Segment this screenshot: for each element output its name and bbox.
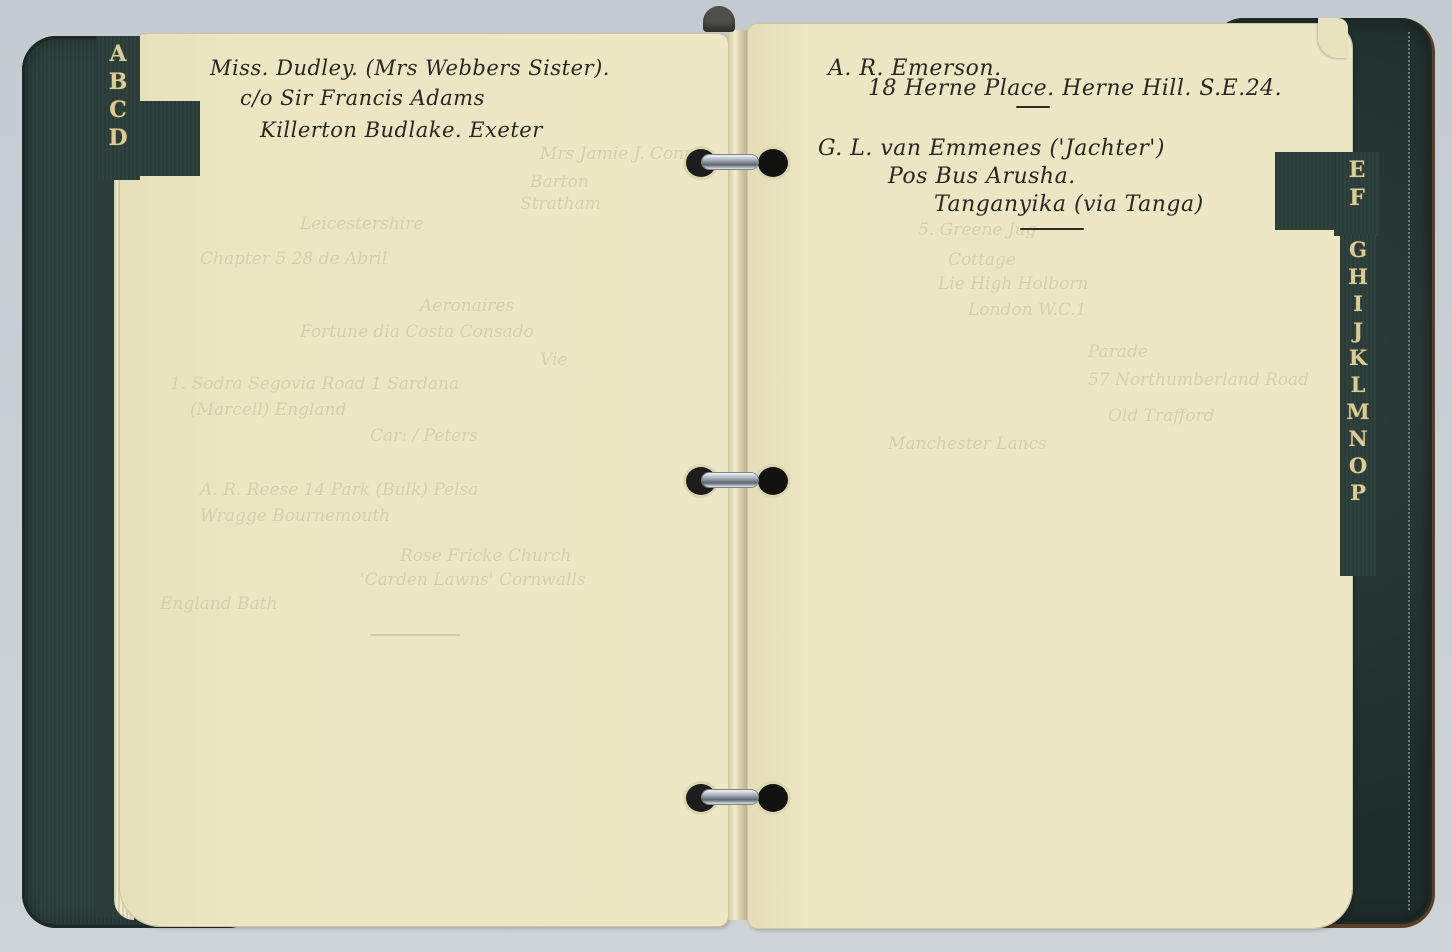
binder-release-knob[interactable]: [703, 6, 735, 32]
bleed-text: 57 Northumberland Road: [1088, 370, 1309, 390]
binder-ring-top: [684, 145, 796, 181]
bleed-text: Rose Fricke Church: [400, 546, 571, 566]
tab-group-g-to-p[interactable]: G H I J K L M N O P: [1340, 234, 1376, 576]
entry-address-line: Killerton Budlake. Exeter: [260, 118, 543, 142]
tab-d-flap[interactable]: [134, 101, 200, 176]
tab-letter[interactable]: I: [1353, 290, 1363, 317]
bleed-text: Wragge Bournemouth: [200, 506, 390, 526]
tab-letter[interactable]: L: [1351, 371, 1366, 398]
bleed-text: Old Trafford: [1108, 406, 1215, 426]
tab-letter[interactable]: K: [1349, 344, 1367, 371]
bleed-text: Cottage: [948, 250, 1016, 270]
separator-rule: [1020, 228, 1084, 230]
bleed-text: England Bath: [160, 594, 277, 614]
left-page: Mrs Jamie J. Connon . . . Barton Stratha…: [120, 34, 728, 926]
tab-letter[interactable]: M: [1346, 398, 1369, 425]
entry-address-line: 18 Herne Place. Herne Hill. S.E.24.: [868, 76, 1282, 101]
entry-address-line: Tanganyika (via Tanga): [934, 192, 1204, 217]
entry-name: G. L. van Emmenes ('Jachter'): [818, 136, 1165, 161]
tab-letter[interactable]: D: [108, 124, 127, 152]
entry-address-line: c/o Sir Francis Adams: [240, 86, 485, 110]
bleed-text: Chapter 5 28 de Abril: [200, 249, 387, 269]
bleed-text: 'Carden Lawns' Cornwalls: [360, 570, 586, 590]
tab-letter[interactable]: A: [109, 40, 126, 68]
bleed-text: Leicestershire: [300, 214, 423, 234]
tab-letter[interactable]: G: [1349, 236, 1367, 263]
tab-letter[interactable]: O: [1349, 452, 1367, 479]
entry-name: Miss. Dudley. (Mrs Webbers Sister).: [210, 56, 610, 80]
bleed-text: London W.C.1: [968, 300, 1086, 320]
bleed-text: Vie: [540, 350, 567, 370]
tab-letter[interactable]: E: [1349, 156, 1366, 184]
tab-letter[interactable]: J: [1353, 317, 1363, 344]
tab-letter[interactable]: P: [1350, 479, 1366, 506]
tab-ef-flap[interactable]: [1275, 152, 1337, 230]
right-page: 5. Greene Jug Cottage Lie High Holborn L…: [748, 24, 1352, 928]
bleed-text: 1. Sodra Segovia Road 1 Sardana: [170, 374, 459, 394]
tab-group-abcd[interactable]: A B C D: [96, 36, 140, 180]
separator-rule: [1016, 106, 1050, 108]
bleed-text: 5. Greene Jug: [918, 220, 1037, 240]
bleed-text: A. R. Reese 14 Park (Bulk) Pelsa: [200, 480, 478, 500]
tab-letter[interactable]: N: [1348, 425, 1367, 452]
binder-ring-bottom: [684, 780, 796, 816]
entry-address-line: Pos Bus Arusha.: [888, 164, 1076, 189]
tab-letter[interactable]: H: [1348, 263, 1368, 290]
bleed-text: Lie High Holborn: [938, 274, 1088, 294]
tab-letter[interactable]: C: [109, 96, 127, 124]
tab-letter[interactable]: B: [109, 68, 128, 96]
bleed-text: Aeronaires: [420, 296, 514, 316]
bleed-text: Barton: [530, 172, 589, 192]
bleed-text: Parade: [1088, 342, 1148, 362]
cover-stitching: [1408, 32, 1410, 910]
bleed-text: Car: / Peters: [370, 426, 478, 446]
tab-letter[interactable]: F: [1349, 184, 1365, 212]
tab-group-ef[interactable]: E F: [1334, 152, 1380, 236]
bleed-text: Manchester Lancs: [888, 434, 1047, 454]
bleed-rule: [370, 634, 460, 636]
binder-ring-middle: [684, 463, 796, 499]
bleed-text: Fortune dia Costa Consado: [300, 322, 534, 342]
bleed-text: Stratham: [520, 194, 601, 214]
bleed-text: (Marcell) England: [190, 400, 346, 420]
